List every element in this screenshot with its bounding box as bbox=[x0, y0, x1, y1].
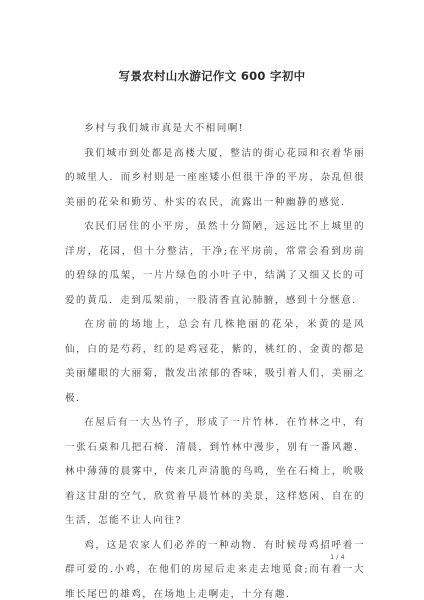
paragraph-chickens: 鸡，这是农家人们必养的一种动物．有时候母鸡招呼着一群可爱的.小鸡，在他们的房屋后… bbox=[65, 534, 365, 600]
paragraph-intro: 乡村与我们城市真是大不相同啊! bbox=[65, 117, 365, 142]
page-number: 1 / 4 bbox=[330, 553, 345, 561]
document-page: 写景农村山水游记作文 600 字初中 乡村与我们城市真是大不相同啊! 我们城市到… bbox=[0, 0, 424, 600]
paragraph-bamboo: 在屋后有一大丛竹子，形成了一片竹林．在竹林之中，有一张石桌和几把石椅．清晨，到竹… bbox=[65, 411, 365, 534]
document-title: 写景农村山水游记作文 600 字初中 bbox=[0, 68, 424, 84]
document-body: 乡村与我们城市真是大不相同啊! 我们城市到处都是高楼大厦，整洁的街心花园和衣着华… bbox=[65, 117, 365, 600]
paragraph-flowers: 在房前的场地上，总会有几株艳丽的花朵，米黄的是风仙，白的是芍药，红的是鸡冠花，紫… bbox=[65, 313, 365, 411]
paragraph-houses: 农民们居住的小平房，虽然十分简陋，远远比不上城里的洋房，花园，但十分整洁，干净;… bbox=[65, 215, 365, 313]
paragraph-city-vs-village: 我们城市到处都是高楼大厦，整洁的街心花园和衣着华丽的城里人．而乡村则是一座座矮小… bbox=[65, 142, 365, 216]
